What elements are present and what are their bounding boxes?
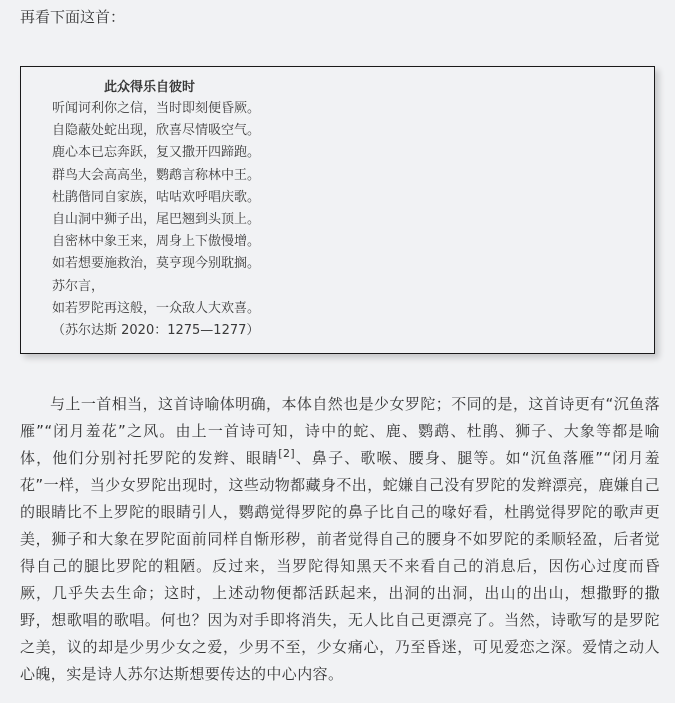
poem-line: 自山洞中狮子出，尾巴翘到头顶上。 — [52, 209, 260, 231]
poem-line: 杜鹃偕同自家族，咕咕欢呼唱庆歌。 — [52, 187, 260, 209]
poem-line: 苏尔言， — [52, 276, 260, 298]
poem-line: 如若想要施救治，莫亨现今别耽搁。 — [52, 253, 260, 275]
poem-line: 自隐蔽处蛇出现，欣喜尽情吸空气。 — [52, 120, 260, 142]
poem-citation: （苏尔达斯 2020：1275—1277） — [52, 320, 260, 342]
poem-line: 听闻诃利你之信，当时即刻便昏厥。 — [52, 98, 260, 120]
poem-line: 群鸟大会高高坐，鹦鹉言称林中王。 — [52, 165, 260, 187]
poem-line: 如若罗陀再这般，一众敌人大欢喜。 — [52, 298, 260, 320]
poem-box: 此众得乐自彼时 听闻诃利你之信，当时即刻便昏厥。 自隐蔽处蛇出现，欣喜尽情吸空气… — [20, 66, 655, 354]
analysis-text-part2: 、鼻子、歌喉、腰身、腿等。如“沉鱼落雁”“闭月羞花”一样，当少女罗陀出现时，这些… — [20, 449, 660, 683]
poem-line: 鹿心本已忘奔跃，复又撒开四蹄跑。 — [52, 142, 260, 164]
poem-lines: 听闻诃利你之信，当时即刻便昏厥。 自隐蔽处蛇出现，欣喜尽情吸空气。 鹿心本已忘奔… — [52, 98, 260, 342]
intro-text: 再看下面这首： — [20, 7, 125, 27]
analysis-paragraph: 与上一首相当，这首诗喻体明确，本体自然也是少女罗陀；不同的是，这首诗更有“沉鱼落… — [20, 391, 660, 688]
poem-line: 自密林中象王来，周身上下傲慢增。 — [52, 231, 260, 253]
footnote-link[interactable]: [2] — [278, 447, 295, 460]
poem-title: 此众得乐自彼时 — [104, 79, 195, 97]
